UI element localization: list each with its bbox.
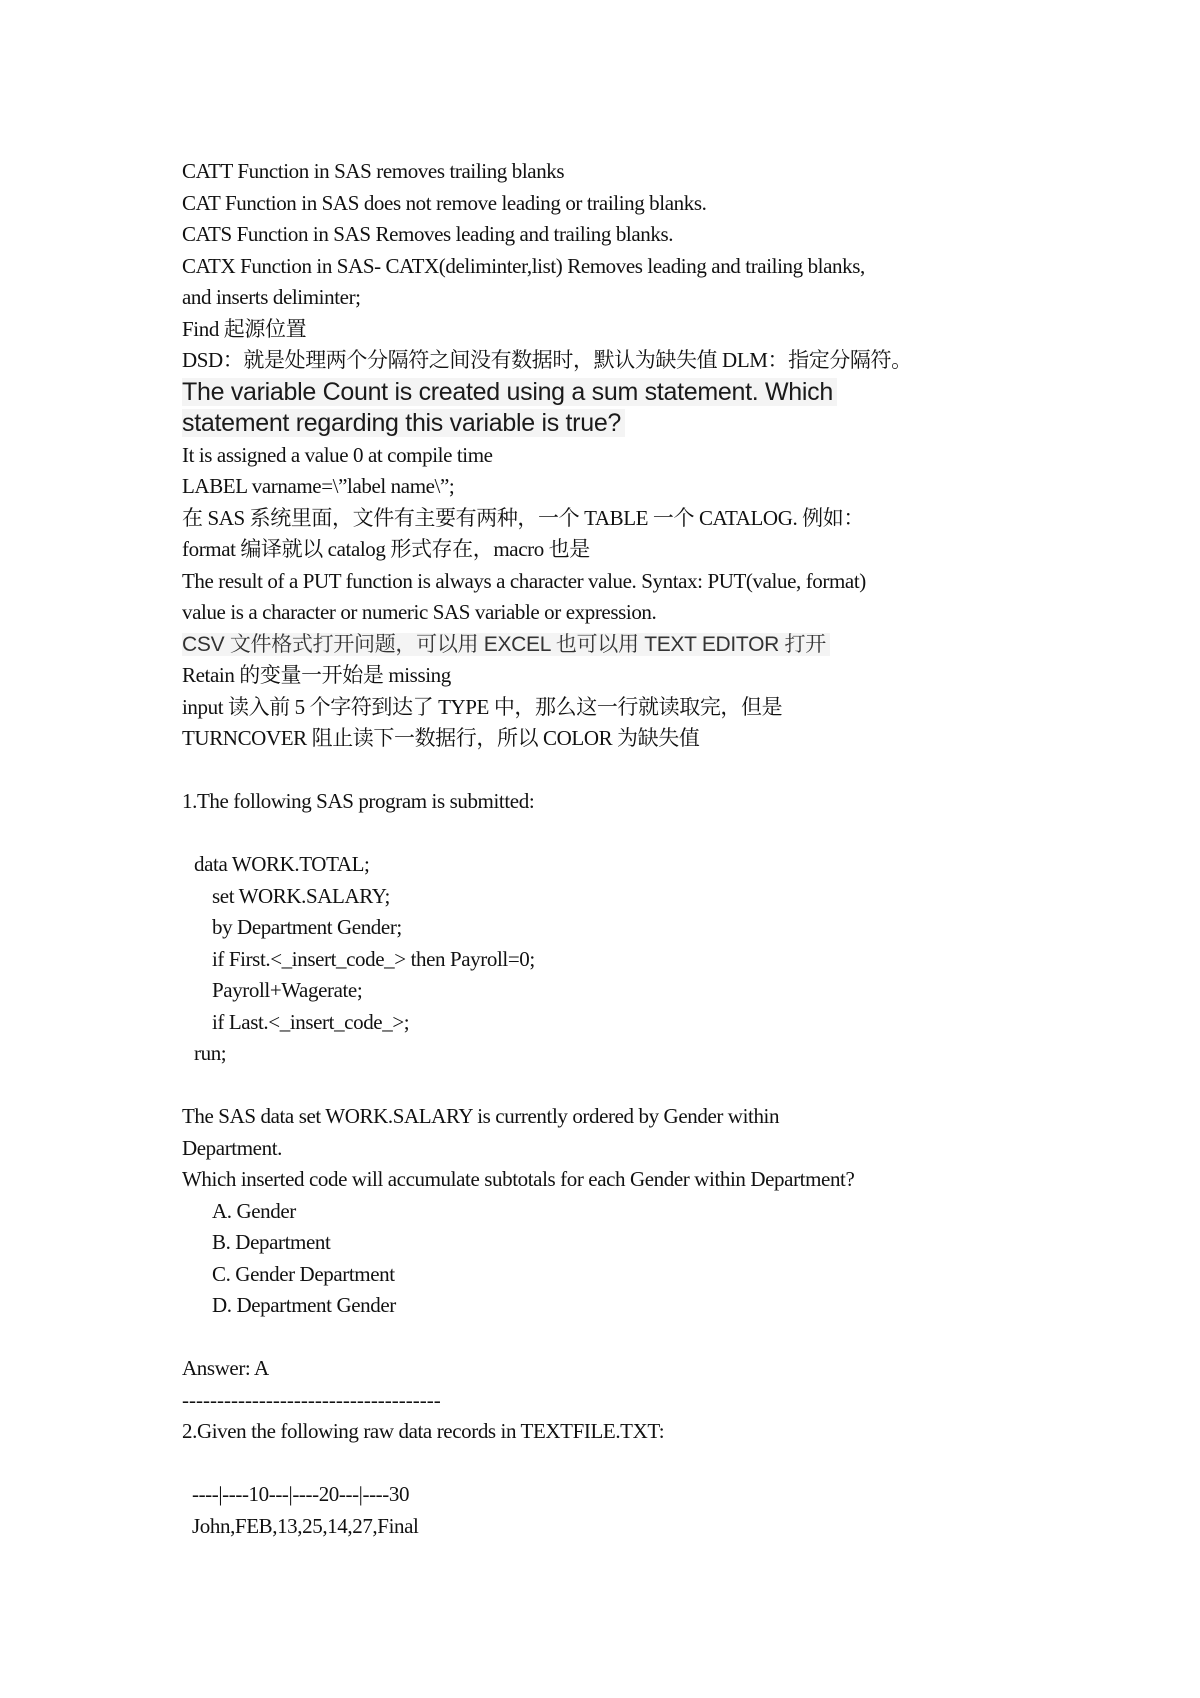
question2-prompt: 2.Given the following raw data records i… [182,1416,1062,1448]
note-catt: CATT Function in SAS removes trailing bl… [182,156,1062,188]
highlight-question-text: statement regarding this variable is tru… [182,409,625,437]
note-label: LABEL varname=\”label name\”; [182,471,1062,503]
code-line: by Department Gender; [182,912,1062,944]
note-compile-time: It is assigned a value 0 at compile time [182,440,1062,472]
note-format-catalog: format 编译就以 catalog 形式存在，macro 也是 [182,534,1062,566]
option-b: B. Department [182,1227,1062,1259]
option-c: C. Gender Department [182,1259,1062,1291]
question1-prompt: 1.The following SAS program is submitted… [182,786,1062,818]
note-catx: CATX Function in SAS- CATX(deliminter,li… [182,251,1062,283]
note-csv: CSV 文件格式打开问题，可以用 EXCEL 也可以用 TEXT EDITOR … [182,633,830,656]
note-put-value: value is a character or numeric SAS vari… [182,597,1062,629]
column-ruler: ----|----10---|----20---|----30 [182,1479,1062,1511]
document-body: CATT Function in SAS removes trailing bl… [182,156,1062,1542]
question1-question: Which inserted code will accumulate subt… [182,1164,1062,1196]
code-line: if First.<_insert_code_> then Payroll=0; [182,944,1062,976]
note-cats: CATS Function in SAS Removes leading and… [182,219,1062,251]
question1-answer: Answer: A [182,1353,1062,1385]
highlight-question-line-1: The variable Count is created using a su… [182,377,1062,409]
separator-line: ------------------------------------- [182,1385,1062,1417]
code-line: data WORK.TOTAL; [182,849,1062,881]
code-line: run; [182,1038,1062,1070]
code-line: set WORK.SALARY; [182,881,1062,913]
note-table-catalog: 在 SAS 系统里面，文件有主要有两种，一个 TABLE 一个 CATALOG.… [182,503,1062,535]
document-page: CATT Function in SAS removes trailing bl… [0,0,1200,1698]
option-d: D. Department Gender [182,1290,1062,1322]
note-find: Find 起源位置 [182,314,1062,346]
question1-description: The SAS data set WORK.SALARY is currentl… [182,1101,1062,1133]
spacer [182,755,1062,787]
note-csv-line: CSV 文件格式打开问题，可以用 EXCEL 也可以用 TEXT EDITOR … [182,629,1062,661]
highlight-question-text: The variable Count is created using a su… [182,378,837,406]
note-input: input 读入前 5 个字符到达了 TYPE 中，那么这一行就读取完，但是 [182,692,1062,724]
note-put-function: The result of a PUT function is always a… [182,566,1062,598]
code-line: Payroll+Wagerate; [182,975,1062,1007]
highlight-question-line-2: statement regarding this variable is tru… [182,408,1062,440]
note-turncover: TURNCOVER 阻止读下一数据行，所以 COLOR 为缺失值 [182,723,1062,755]
spacer [182,1070,1062,1102]
note-catx-cont: and inserts deliminter; [182,282,1062,314]
option-a: A. Gender [182,1196,1062,1228]
raw-data-record: John,FEB,13,25,14,27,Final [182,1511,1062,1543]
question1-description: Department. [182,1133,1062,1165]
note-cat: CAT Function in SAS does not remove lead… [182,188,1062,220]
spacer [182,1322,1062,1354]
note-dsd-dlm: DSD：就是处理两个分隔符之间没有数据时，默认为缺失值 DLM：指定分隔符。 [182,345,1062,377]
code-line: if Last.<_insert_code_>; [182,1007,1062,1039]
note-retain: Retain 的变量一开始是 missing [182,660,1062,692]
spacer [182,818,1062,850]
spacer [182,1448,1062,1480]
